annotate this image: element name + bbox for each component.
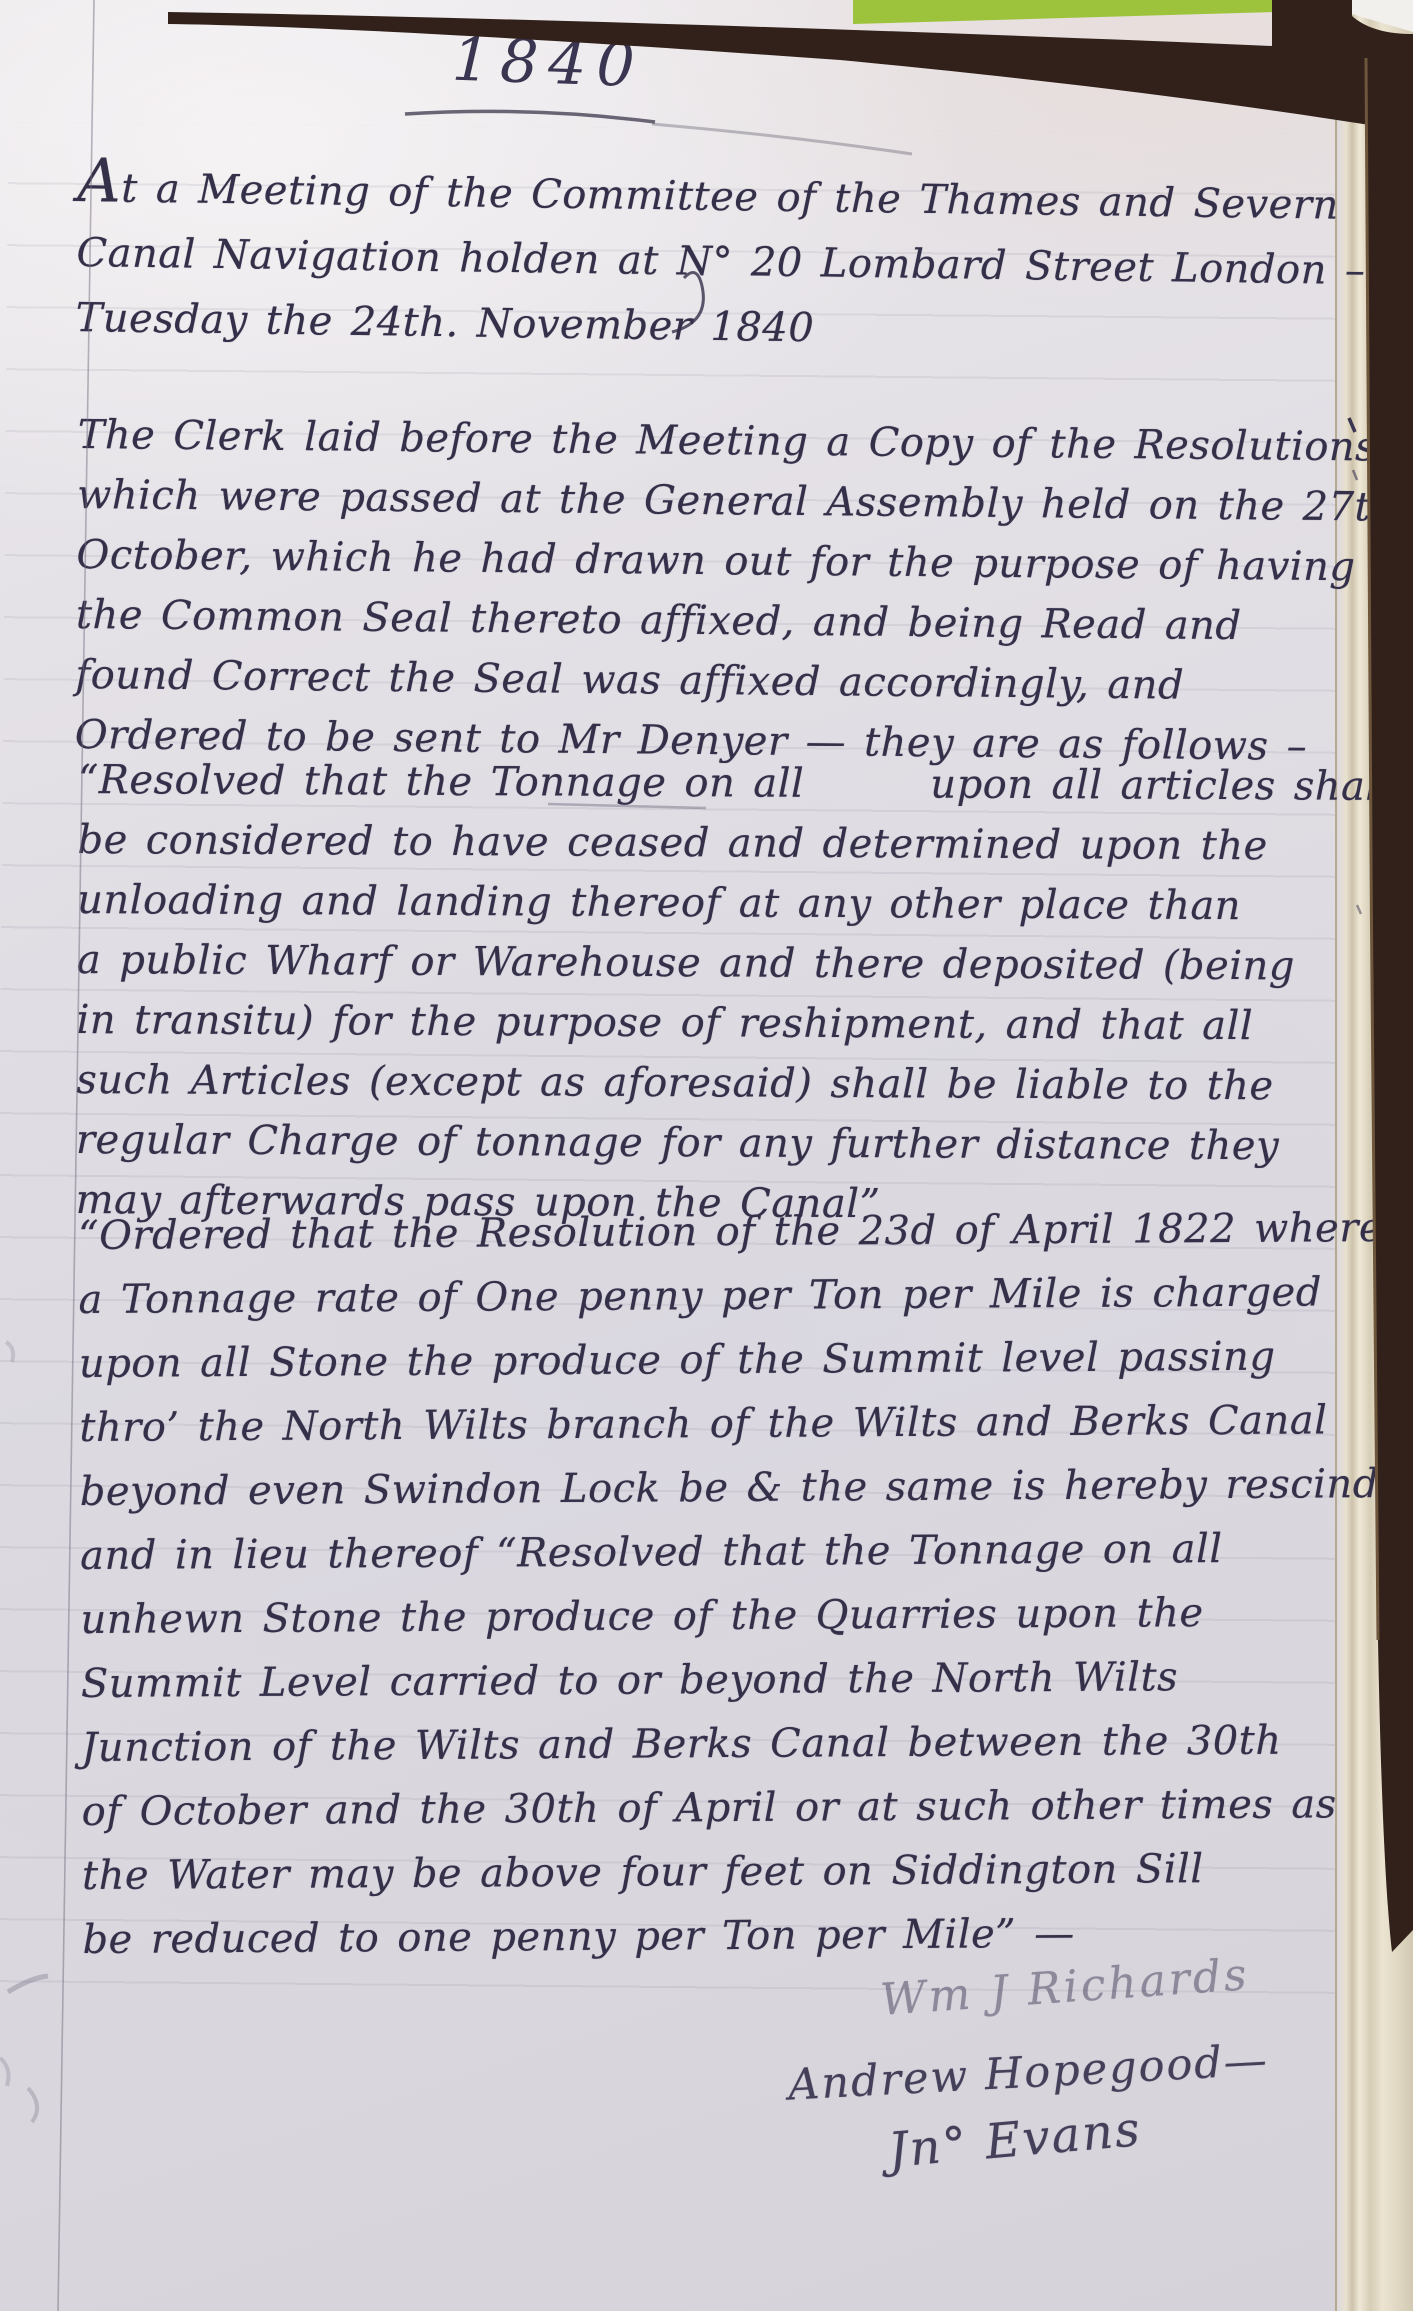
manuscript-line: unloading and landing thereof at any oth… [77, 870, 1347, 937]
manuscript-text: 1840 At a Meeting of the Committee of th… [0, 0, 1413, 2311]
ordered-resolution-paragraph: “Ordered that the Resolution of the 23d … [78, 1196, 1353, 1972]
signature-evans: Jn° Evans [886, 2101, 1144, 2179]
manuscript-line: a Tonnage rate of One penny per Ton per … [78, 1260, 1348, 1332]
manuscript-line: regular Charge of tonnage for any furthe… [76, 1110, 1346, 1177]
signature-hopegood: Andrew Hopegood— [787, 2035, 1270, 2110]
manuscript-line: thro’ the North Wilts branch of the Wilt… [79, 1388, 1349, 1460]
manuscript-line: Summit Level carried to or beyond the No… [81, 1644, 1351, 1716]
resolution-tonnage-paragraph: “Resolved that the Tonnage on all upon a… [75, 750, 1347, 1237]
manuscript-line: of October and the 30th of April or at s… [82, 1772, 1352, 1844]
manuscript-line: unhewn Stone the produce of the Quarries… [80, 1580, 1350, 1652]
manuscript-line: such Articles (except as aforesaid) shal… [76, 1050, 1346, 1117]
manuscript-line: Junction of the Wilts and Berks Canal be… [81, 1708, 1351, 1780]
manuscript-line: “Ordered that the Resolution of the 23d … [78, 1196, 1348, 1268]
year-heading: 1840 [451, 25, 646, 102]
opening-paragraph: At a Meeting of the Committee of the Tha… [75, 149, 1348, 369]
manuscript-line: in transitu) for the purpose of reshipme… [76, 990, 1346, 1057]
manuscript-line: upon all Stone the produce of the Summit… [79, 1324, 1349, 1396]
manuscript-line: be considered to have ceased and determi… [77, 810, 1347, 877]
manuscript-line: a public Wharf or Warehouse and there de… [77, 930, 1347, 997]
manuscript-line: the Water may be above four feet on Sidd… [82, 1836, 1352, 1908]
manuscript-line: “Resolved that the Tonnage on all upon a… [78, 750, 1348, 817]
photograph-of-minute-book: 1840 At a Meeting of the Committee of th… [0, 0, 1413, 2311]
clerk-report-paragraph: The Clerk laid before the Meeting a Copy… [75, 405, 1348, 777]
manuscript-line: beyond even Swindon Lock be & the same i… [80, 1452, 1350, 1524]
manuscript-line: and in lieu thereof “Resolved that the T… [80, 1516, 1350, 1588]
